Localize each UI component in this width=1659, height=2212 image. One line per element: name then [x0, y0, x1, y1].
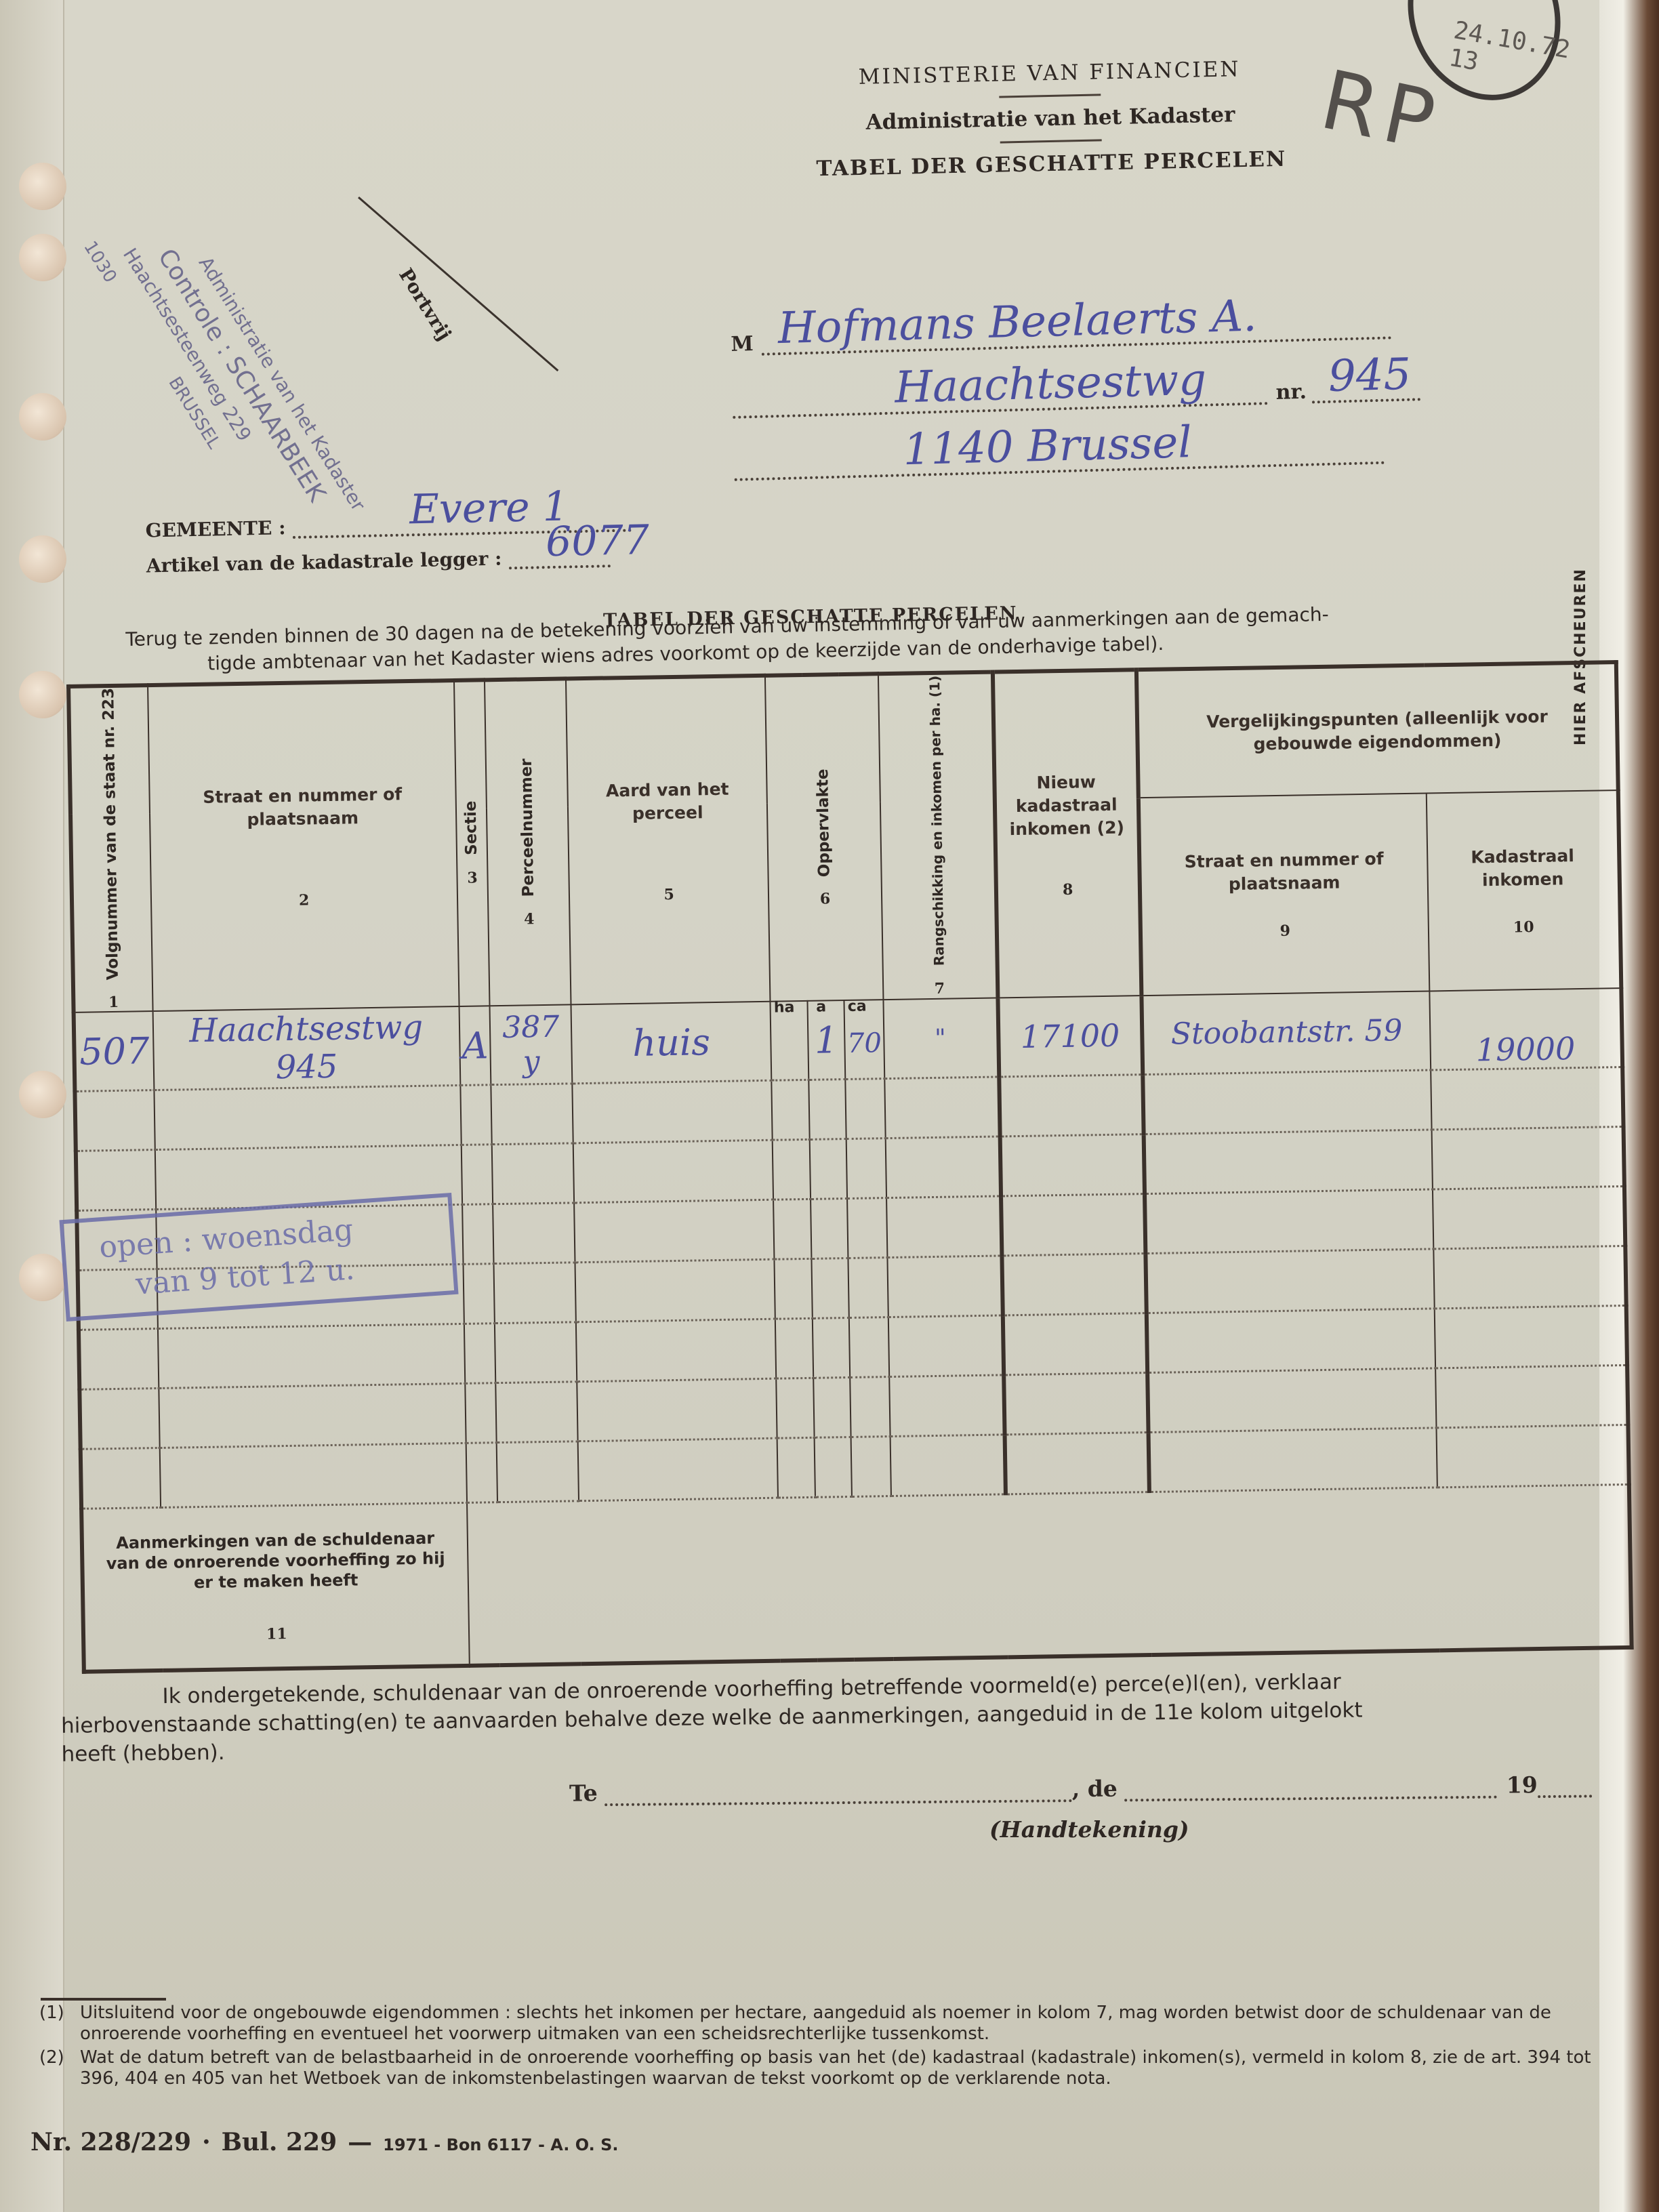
header-col-10: Kadastraal inkomen10	[1427, 790, 1622, 991]
number-label: nr.	[1275, 380, 1307, 405]
header-col-9: Straat en nummer of plaatsnaam9	[1139, 794, 1429, 996]
cell-straat[interactable]: Haachtsestwg 945	[152, 1006, 460, 1090]
addressee-block: M Hofmans Beelaerts A. nr. Haachtsestwg …	[730, 275, 1453, 481]
divider	[1000, 139, 1102, 143]
cell-rangschikking[interactable]: "	[883, 998, 999, 1079]
header-col-7: Rangschikking en inkomen per ha. (1)7	[878, 672, 998, 1000]
form-number: Nr. 228/229	[30, 2128, 191, 2156]
postmark-text: 24.10.72 13	[1447, 16, 1573, 91]
form-number-footer: Nr. 228/229 · Bul. 229 — 1971 - Bon 6117…	[30, 2128, 619, 2156]
municipality-block: GEMEENTE : Evere 1 Artikel van de kadast…	[145, 497, 632, 577]
punch-hole	[19, 1071, 66, 1118]
city-handwritten: 1140 Brussel	[903, 417, 1193, 475]
cell-perceel[interactable]: 387 y	[490, 1005, 573, 1085]
punch-hole	[19, 234, 66, 281]
remarks-input-area[interactable]	[467, 1485, 1632, 1666]
gemeente-label: GEMEENTE :	[145, 516, 285, 541]
header-col-4: Perceelnummer4	[485, 678, 571, 1006]
remarks-label-cell: Aanmerkingen van de schuldenaar van de o…	[81, 1503, 469, 1672]
document-header: MINISTERIE VAN FINANCIEN Administratie v…	[744, 55, 1356, 183]
header-group-comparison: Vergelijkingspunten (alleenlijk voor geb…	[1136, 662, 1618, 798]
cell-sectie[interactable]: A	[459, 1006, 491, 1085]
header-col-6: Oppervlakte6	[765, 674, 883, 1002]
year-field[interactable]	[1538, 1795, 1592, 1798]
divider	[999, 94, 1101, 98]
addressee-prefix: M	[731, 332, 754, 356]
bulletin-number: Bul. 229	[222, 2128, 337, 2156]
header-col-1: Volgnummer van de staat nr. 2231	[68, 685, 152, 1012]
cell-a[interactable]: a1	[807, 1000, 845, 1080]
remarks-row: Aanmerkingen van de schuldenaar van de o…	[81, 1485, 1631, 1672]
print-info: 1971 - Bon 6117 - A. O. S.	[383, 2135, 618, 2154]
date-label: , de	[1072, 1776, 1118, 1803]
cell-vergelijking-inkomen[interactable]: 19000	[1429, 988, 1622, 1070]
footnote-text: Uitsluitend voor de ongebouwde eigendomm…	[80, 2003, 1612, 2045]
parcel-table: Volgnummer van de staat nr. 2231 Straat …	[66, 660, 1633, 1660]
cell-volgnummer[interactable]: 507	[74, 1011, 154, 1091]
street-handwritten: Haachtsestwg	[894, 355, 1207, 413]
artikel-handwritten: 6077	[545, 516, 649, 566]
header-col-2: Straat en nummer of plaatsnaam2	[148, 680, 459, 1011]
house-number-handwritten: 945	[1328, 350, 1412, 402]
footnote-number: (1)	[39, 2003, 80, 2045]
cell-ca[interactable]: ca70	[844, 1000, 884, 1079]
footnote-2: (2) Wat de datum betreft van de belastba…	[39, 2047, 1612, 2089]
place-label: Te	[569, 1780, 598, 1806]
header-col-8: Nieuw kadastraal inkomen (2)8	[992, 670, 1141, 998]
remarks-label: Aanmerkingen van de schuldenaar van de o…	[98, 1528, 454, 1594]
header-col-3: Sectie3	[454, 680, 490, 1006]
footnotes: (1) Uitsluitend voor de ongebouwde eigen…	[39, 2003, 1612, 2092]
footnote-text: Wat de datum betreft van de belastbaarhe…	[80, 2047, 1612, 2089]
punch-hole	[19, 393, 66, 441]
signature-label: (Handtekening)	[989, 1816, 1189, 1843]
footnote-number: (2)	[39, 2047, 80, 2089]
punch-hole	[19, 1254, 66, 1301]
header-col-5: Aard van het perceel5	[566, 676, 771, 1005]
year-label: 19	[1507, 1771, 1538, 1798]
remarks-column-number: 11	[99, 1622, 455, 1645]
footnote-1: (1) Uitsluitend voor de ongebouwde eigen…	[39, 2003, 1612, 2045]
cell-nieuw-kadastraal-inkomen[interactable]: 17100	[998, 996, 1143, 1077]
punch-hole	[19, 671, 66, 718]
punch-hole	[19, 163, 66, 210]
punch-hole	[19, 535, 66, 583]
administration-name: Administratie van het Kadaster	[745, 100, 1356, 138]
footnote-divider	[41, 1998, 166, 2001]
separator: —	[348, 2128, 372, 2156]
cell-aard[interactable]: huis	[571, 1002, 772, 1084]
cell-vergelijking-straat[interactable]: Stoobantstr. 59	[1141, 991, 1431, 1075]
cell-ha[interactable]: ha	[771, 1001, 808, 1080]
